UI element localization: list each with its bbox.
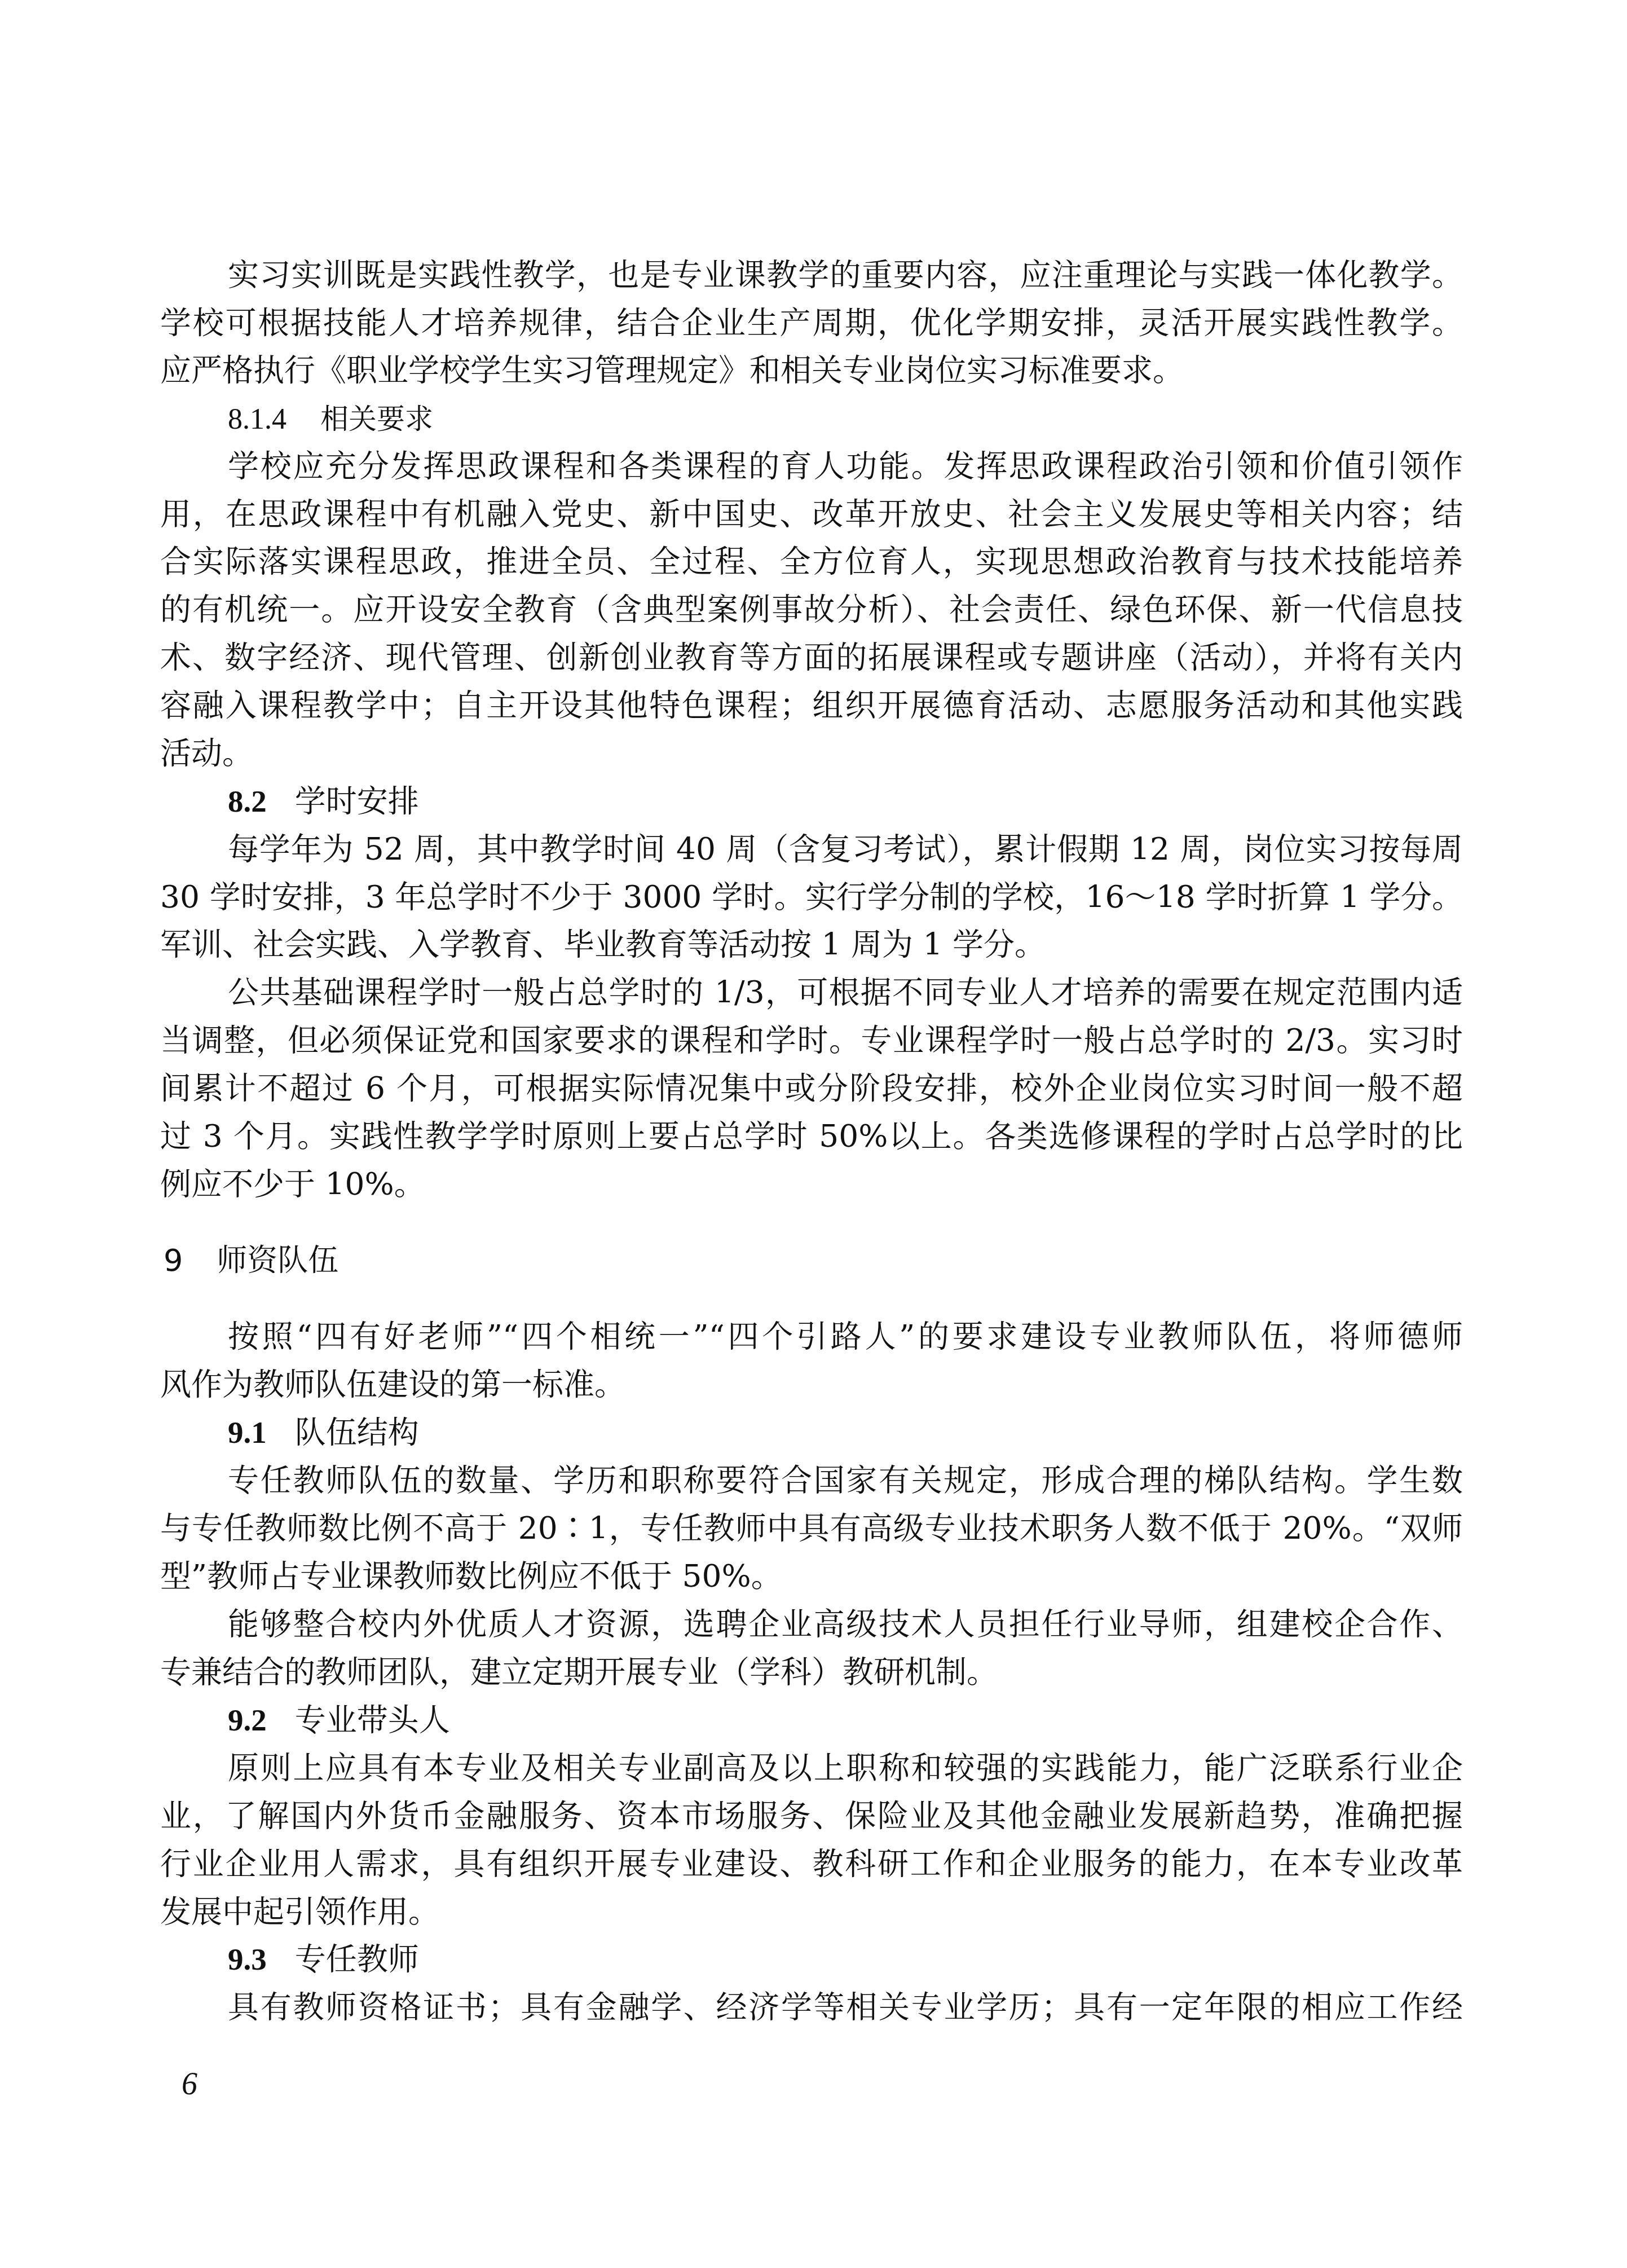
section-title: 师资队伍	[217, 1243, 338, 1278]
document-page: 6 实习实训既是实践性教学，也是专业课教学的重要内容，应注重理论与实践一体化教学…	[0, 0, 1627, 2268]
paragraph-line: 术、数字经济、现代管理、创新创业教育等方面的拓展课程或专题讲座（活动），并将有关…	[160, 633, 1463, 681]
section-title: 学时安排	[295, 783, 419, 819]
section-number: 8.1.4	[228, 403, 286, 435]
paragraph-line: 与专任教师数比例不高于 20∶1，专任教师中具有高级专业技术职务人数不低于 20…	[160, 1504, 1463, 1552]
section-title: 相关要求	[320, 403, 433, 435]
paragraph-line: 用，在思政课程中有机融入党史、新中国史、改革开放史、社会主义发展史等相关内容；结	[160, 490, 1463, 538]
paragraph-line: 学校应充分发挥思政课程和各类课程的育人功能。发挥思政课程政治引领和价值引领作	[228, 442, 1463, 490]
section-heading-8-2: 8.2学时安排	[228, 777, 1463, 825]
section-number: 8.2	[228, 784, 267, 818]
paragraph-line: 学校可根据技能人才培养规律，结合企业生产周期，优化学期安排，灵活开展实践性教学。	[160, 299, 1463, 347]
paragraph-line: 间累计不超过 6 个月，可根据实际情况集中或分阶段安排，校外企业岗位实习时间一般…	[160, 1064, 1463, 1112]
paragraph-line: 活动。	[160, 729, 1463, 777]
paragraph-line: 过 3 个月。实践性教学学时原则上要占总学时 50%以上。各类选修课程的学时占总…	[160, 1112, 1463, 1160]
paragraph-line: 30 学时安排，3 年总学时不少于 3000 学时。实行学分制的学校，16～18…	[160, 873, 1463, 921]
section-heading-9: 9师资队伍	[164, 1236, 1466, 1284]
section-heading-9-1: 9.1队伍结构	[228, 1408, 1463, 1456]
paragraph-line: 按照“四有好老师”“四个相统一”“四个引路人”的要求建设专业教师队伍，将师德师	[228, 1313, 1463, 1360]
section-number: 9	[164, 1243, 183, 1278]
paragraph-line: 发展中起引领作用。	[160, 1888, 1463, 1936]
section-number: 9.2	[228, 1703, 267, 1737]
paragraph-line: 风作为教师队伍建设的第一标准。	[160, 1360, 1463, 1408]
paragraph-line: 专兼结合的教师团队，建立定期开展专业（学科）教研机制。	[160, 1648, 1463, 1696]
section-heading-9-2: 9.2专业带头人	[228, 1696, 1463, 1744]
paragraph-line: 军训、社会实践、入学教育、毕业教育等活动按 1 周为 1 学分。	[160, 921, 1463, 968]
paragraph-line: 例应不少于 10%。	[160, 1160, 1463, 1208]
section-number: 9.1	[228, 1415, 267, 1450]
section-number: 9.3	[228, 1942, 267, 1976]
paragraph-line: 当调整，但必须保证党和国家要求的课程和学时。专业课程学时一般占总学时的 2/3。…	[160, 1016, 1463, 1064]
page-number: 6	[182, 2064, 197, 2104]
section-title: 队伍结构	[295, 1414, 419, 1450]
section-title: 专业带头人	[295, 1702, 450, 1738]
paragraph-line: 型”教师占专业课教师数比例应不低于 50%。	[160, 1552, 1463, 1600]
paragraph-line: 的有机统一。应开设安全教育（含典型案例事故分析）、社会责任、绿色环保、新一代信息…	[160, 585, 1463, 633]
paragraph-line: 合实际落实课程思政，推进全员、全过程、全方位育人，实现思想政治教育与技术技能培养	[160, 538, 1463, 585]
section-heading-9-3: 9.3专任教师	[228, 1935, 1463, 1983]
paragraph-line: 容融入课程教学中；自主开设其他特色课程；组织开展德育活动、志愿服务活动和其他实践	[160, 681, 1463, 729]
paragraph-line: 业，了解国内外货币金融服务、资本市场服务、保险业及其他金融业发展新趋势，准确把握	[160, 1792, 1463, 1840]
paragraph-line: 具有教师资格证书；具有金融学、经济学等相关专业学历；具有一定年限的相应工作经	[228, 1983, 1463, 2031]
paragraph-line: 行业企业用人需求，具有组织开展专业建设、教科研工作和企业服务的能力，在本专业改革	[160, 1840, 1463, 1888]
paragraph-line: 专任教师队伍的数量、学历和职称要符合国家有关规定，形成合理的梯队结构。学生数	[228, 1456, 1463, 1504]
paragraph-line: 应严格执行《职业学校学生实习管理规定》和相关专业岗位实习标准要求。	[160, 346, 1463, 394]
paragraph-line: 实习实训既是实践性教学，也是专业课教学的重要内容，应注重理论与实践一体化教学。	[228, 251, 1463, 299]
paragraph-line: 原则上应具有本专业及相关专业副高及以上职称和较强的实践能力，能广泛联系行业企	[228, 1744, 1463, 1792]
paragraph-line: 能够整合校内外优质人才资源，选聘企业高级技术人员担任行业导师，组建校企合作、	[228, 1600, 1463, 1648]
section-heading-8-1-4: 8.1.4相关要求	[228, 394, 1463, 442]
section-title: 专任教师	[295, 1941, 419, 1977]
paragraph-line: 公共基础课程学时一般占总学时的 1/3，可根据不同专业人才培养的需要在规定范围内…	[228, 968, 1463, 1016]
paragraph-line: 每学年为 52 周，其中教学时间 40 周（含复习考试），累计假期 12 周，岗…	[228, 825, 1463, 873]
